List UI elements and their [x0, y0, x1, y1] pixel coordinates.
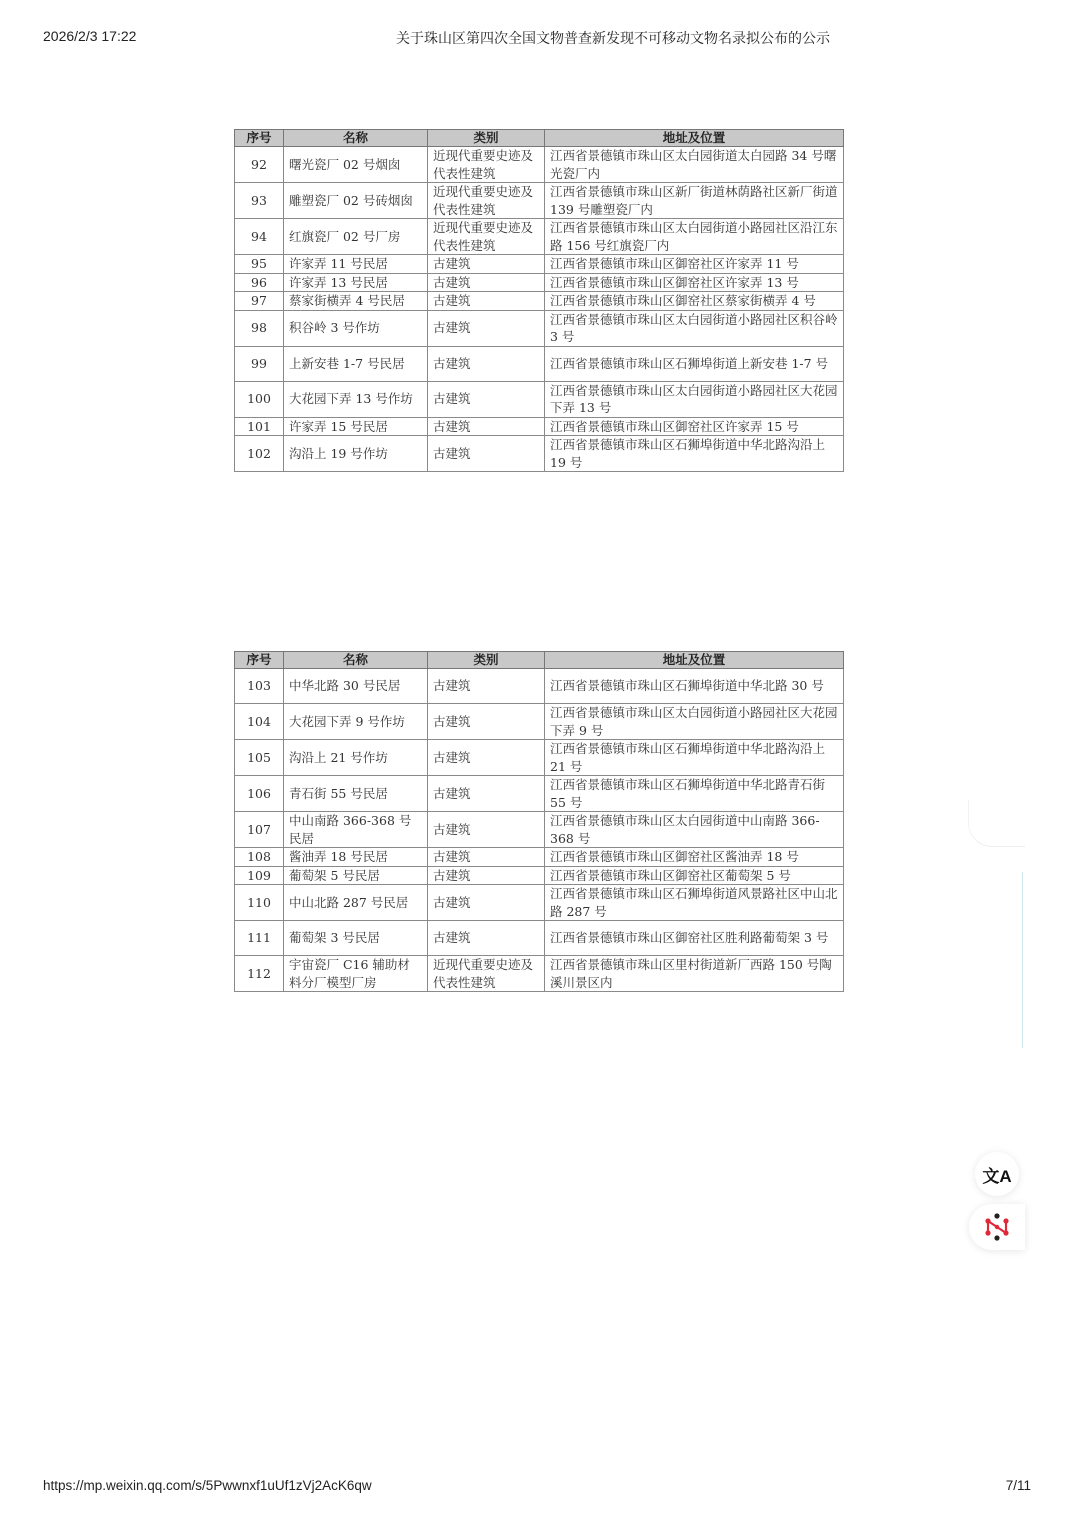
translate-icon: 文A	[982, 1162, 1011, 1187]
cell-name: 大花园下弄 9 号作坊	[284, 704, 428, 740]
relics-table-1: 序号 名称 类别 地址及位置 92曙光瓷厂 02 号烟囱近现代重要史迹及代表性建…	[234, 129, 844, 472]
cell-category: 近现代重要史迹及代表性建筑	[428, 219, 545, 255]
table-row: 97蔡家街横弄 4 号民居古建筑江西省景德镇市珠山区御窑社区蔡家街横弄 4 号	[235, 292, 844, 311]
cell-category: 古建筑	[428, 885, 545, 921]
cell-name: 青石街 55 号民居	[284, 776, 428, 812]
cell-no: 98	[235, 310, 284, 346]
cell-category: 古建筑	[428, 866, 545, 885]
table-body: 103中华北路 30 号民居古建筑江西省景德镇市珠山区石狮埠街道中华北路 30 …	[235, 669, 844, 992]
cell-no: 103	[235, 669, 284, 704]
cell-name: 大花园下弄 13 号作坊	[284, 381, 428, 417]
cell-address: 江西省景德镇市珠山区御窑社区胜利路葡萄架 3 号	[545, 921, 844, 956]
cell-name: 积谷岭 3 号作坊	[284, 310, 428, 346]
header-address: 地址及位置	[545, 130, 844, 147]
table-header-row: 序号 名称 类别 地址及位置	[235, 652, 844, 669]
cell-category: 古建筑	[428, 346, 545, 381]
cell-category: 古建筑	[428, 255, 545, 274]
table-row: 109葡萄架 5 号民居古建筑江西省景德镇市珠山区御窑社区葡萄架 5 号	[235, 866, 844, 885]
side-panel-divider	[1022, 872, 1023, 1048]
network-nodes-icon	[983, 1212, 1011, 1242]
cell-category: 古建筑	[428, 436, 545, 472]
table-row: 105沟沿上 21 号作坊古建筑江西省景德镇市珠山区石狮埠街道中华北路沟沿上 2…	[235, 740, 844, 776]
cell-name: 酱油弄 18 号民居	[284, 848, 428, 867]
page-number: 7/11	[1006, 1478, 1031, 1493]
cell-category: 古建筑	[428, 776, 545, 812]
cell-address: 江西省景德镇市珠山区石狮埠街道风景路社区中山北路 287 号	[545, 885, 844, 921]
cell-category: 古建筑	[428, 310, 545, 346]
page-url: https://mp.weixin.qq.com/s/5Pwwnxf1uUf1z…	[43, 1478, 372, 1493]
table-row: 104大花园下弄 9 号作坊古建筑江西省景德镇市珠山区太白园街道小路园社区大花园…	[235, 704, 844, 740]
table-row: 112宇宙瓷厂 C16 辅助材料分厂模型厂房近现代重要史迹及代表性建筑江西省景德…	[235, 956, 844, 992]
header-address: 地址及位置	[545, 652, 844, 669]
cell-name: 红旗瓷厂 02 号厂房	[284, 219, 428, 255]
side-panel-edge	[968, 800, 1025, 847]
cell-no: 112	[235, 956, 284, 992]
cell-address: 江西省景德镇市珠山区太白园街道太白园路 34 号曙光瓷厂内	[545, 147, 844, 183]
cell-address: 江西省景德镇市珠山区石狮埠街道中华北路沟沿上 21 号	[545, 740, 844, 776]
cell-address: 江西省景德镇市珠山区御窑社区蔡家街横弄 4 号	[545, 292, 844, 311]
table-row: 106青石街 55 号民居古建筑江西省景德镇市珠山区石狮埠街道中华北路青石街 5…	[235, 776, 844, 812]
cell-address: 江西省景德镇市珠山区里村街道新厂西路 150 号陶溪川景区内	[545, 956, 844, 992]
cell-name: 雕塑瓷厂 02 号砖烟囱	[284, 183, 428, 219]
cell-name: 上新安巷 1-7 号民居	[284, 346, 428, 381]
cell-address: 江西省景德镇市珠山区石狮埠街道上新安巷 1-7 号	[545, 346, 844, 381]
cell-name: 蔡家街横弄 4 号民居	[284, 292, 428, 311]
cell-name: 许家弄 15 号民居	[284, 417, 428, 436]
header-name: 名称	[284, 130, 428, 147]
cell-name: 葡萄架 5 号民居	[284, 866, 428, 885]
cell-category: 古建筑	[428, 292, 545, 311]
print-header: 2026/2/3 17:22 关于珠山区第四次全国文物普查新发现不可移动文物名录…	[0, 28, 1074, 48]
cell-no: 101	[235, 417, 284, 436]
cell-category: 古建筑	[428, 273, 545, 292]
cell-address: 江西省景德镇市珠山区太白园街道小路园社区积谷岭 3 号	[545, 310, 844, 346]
cell-no: 97	[235, 292, 284, 311]
translate-button[interactable]: 文A	[975, 1152, 1019, 1196]
table-row: 94红旗瓷厂 02 号厂房近现代重要史迹及代表性建筑江西省景德镇市珠山区太白园街…	[235, 219, 844, 255]
table-header-row: 序号 名称 类别 地址及位置	[235, 130, 844, 147]
cell-category: 古建筑	[428, 740, 545, 776]
cell-no: 102	[235, 436, 284, 472]
cell-category: 古建筑	[428, 381, 545, 417]
cell-category: 近现代重要史迹及代表性建筑	[428, 956, 545, 992]
cell-category: 古建筑	[428, 704, 545, 740]
cell-no: 104	[235, 704, 284, 740]
cell-no: 93	[235, 183, 284, 219]
header-category: 类别	[428, 652, 545, 669]
table-row: 96许家弄 13 号民居古建筑江西省景德镇市珠山区御窑社区许家弄 13 号	[235, 273, 844, 292]
table-row: 107中山南路 366-368 号民居古建筑江西省景德镇市珠山区太白园街道中山南…	[235, 812, 844, 848]
header-no: 序号	[235, 130, 284, 147]
cell-category: 近现代重要史迹及代表性建筑	[428, 183, 545, 219]
cell-name: 曙光瓷厂 02 号烟囱	[284, 147, 428, 183]
cell-no: 94	[235, 219, 284, 255]
cell-no: 106	[235, 776, 284, 812]
cell-address: 江西省景德镇市珠山区太白园街道小路园社区沿江东路 156 号红旗瓷厂内	[545, 219, 844, 255]
relics-table-2: 序号 名称 类别 地址及位置 103中华北路 30 号民居古建筑江西省景德镇市珠…	[234, 651, 844, 992]
table-row: 110中山北路 287 号民居古建筑江西省景德镇市珠山区石狮埠街道风景路社区中山…	[235, 885, 844, 921]
cell-no: 100	[235, 381, 284, 417]
cell-name: 葡萄架 3 号民居	[284, 921, 428, 956]
table-row: 111葡萄架 3 号民居古建筑江西省景德镇市珠山区御窑社区胜利路葡萄架 3 号	[235, 921, 844, 956]
cell-name: 许家弄 13 号民居	[284, 273, 428, 292]
table-row: 101许家弄 15 号民居古建筑江西省景德镇市珠山区御窑社区许家弄 15 号	[235, 417, 844, 436]
cell-category: 古建筑	[428, 921, 545, 956]
table-row: 108酱油弄 18 号民居古建筑江西省景德镇市珠山区御窑社区酱油弄 18 号	[235, 848, 844, 867]
table-row: 103中华北路 30 号民居古建筑江西省景德镇市珠山区石狮埠街道中华北路 30 …	[235, 669, 844, 704]
cell-category: 近现代重要史迹及代表性建筑	[428, 147, 545, 183]
table-row: 95许家弄 11 号民居古建筑江西省景德镇市珠山区御窑社区许家弄 11 号	[235, 255, 844, 274]
cell-category: 古建筑	[428, 669, 545, 704]
cell-category: 古建筑	[428, 812, 545, 848]
table-row: 102沟沿上 19 号作坊古建筑江西省景德镇市珠山区石狮埠街道中华北路沟沿上 1…	[235, 436, 844, 472]
table-row: 92曙光瓷厂 02 号烟囱近现代重要史迹及代表性建筑江西省景德镇市珠山区太白园街…	[235, 147, 844, 183]
table-row: 99上新安巷 1-7 号民居古建筑江西省景德镇市珠山区石狮埠街道上新安巷 1-7…	[235, 346, 844, 381]
table-row: 93雕塑瓷厂 02 号砖烟囱近现代重要史迹及代表性建筑江西省景德镇市珠山区新厂街…	[235, 183, 844, 219]
ai-assistant-button[interactable]	[969, 1204, 1025, 1250]
cell-address: 江西省景德镇市珠山区石狮埠街道中华北路 30 号	[545, 669, 844, 704]
cell-name: 中山北路 287 号民居	[284, 885, 428, 921]
cell-address: 江西省景德镇市珠山区御窑社区葡萄架 5 号	[545, 866, 844, 885]
header-name: 名称	[284, 652, 428, 669]
cell-no: 111	[235, 921, 284, 956]
cell-category: 古建筑	[428, 848, 545, 867]
header-no: 序号	[235, 652, 284, 669]
document-title: 关于珠山区第四次全国文物普查新发现不可移动文物名录拟公布的公示	[0, 28, 1074, 48]
cell-address: 江西省景德镇市珠山区御窑社区许家弄 11 号	[545, 255, 844, 274]
cell-address: 江西省景德镇市珠山区太白园街道小路园社区大花园下弄 13 号	[545, 381, 844, 417]
cell-address: 江西省景德镇市珠山区御窑社区酱油弄 18 号	[545, 848, 844, 867]
cell-category: 古建筑	[428, 417, 545, 436]
cell-no: 110	[235, 885, 284, 921]
cell-address: 江西省景德镇市珠山区石狮埠街道中华北路青石街 55 号	[545, 776, 844, 812]
cell-name: 中山南路 366-368 号民居	[284, 812, 428, 848]
cell-no: 105	[235, 740, 284, 776]
table-row: 100大花园下弄 13 号作坊古建筑江西省景德镇市珠山区太白园街道小路园社区大花…	[235, 381, 844, 417]
cell-name: 沟沿上 19 号作坊	[284, 436, 428, 472]
cell-no: 95	[235, 255, 284, 274]
cell-name: 宇宙瓷厂 C16 辅助材料分厂模型厂房	[284, 956, 428, 992]
cell-address: 江西省景德镇市珠山区新厂街道林荫路社区新厂街道 139 号雕塑瓷厂内	[545, 183, 844, 219]
cell-no: 92	[235, 147, 284, 183]
cell-no: 107	[235, 812, 284, 848]
cell-no: 99	[235, 346, 284, 381]
cell-address: 江西省景德镇市珠山区石狮埠街道中华北路沟沿上 19 号	[545, 436, 844, 472]
table-row: 98积谷岭 3 号作坊古建筑江西省景德镇市珠山区太白园街道小路园社区积谷岭 3 …	[235, 310, 844, 346]
cell-address: 江西省景德镇市珠山区太白园街道中山南路 366-368 号	[545, 812, 844, 848]
table-body: 92曙光瓷厂 02 号烟囱近现代重要史迹及代表性建筑江西省景德镇市珠山区太白园街…	[235, 147, 844, 472]
header-category: 类别	[428, 130, 545, 147]
cell-no: 108	[235, 848, 284, 867]
cell-address: 江西省景德镇市珠山区太白园街道小路园社区大花园下弄 9 号	[545, 704, 844, 740]
cell-address: 江西省景德镇市珠山区御窑社区许家弄 13 号	[545, 273, 844, 292]
cell-no: 109	[235, 866, 284, 885]
cell-name: 许家弄 11 号民居	[284, 255, 428, 274]
cell-address: 江西省景德镇市珠山区御窑社区许家弄 15 号	[545, 417, 844, 436]
cell-no: 96	[235, 273, 284, 292]
cell-name: 沟沿上 21 号作坊	[284, 740, 428, 776]
cell-name: 中华北路 30 号民居	[284, 669, 428, 704]
